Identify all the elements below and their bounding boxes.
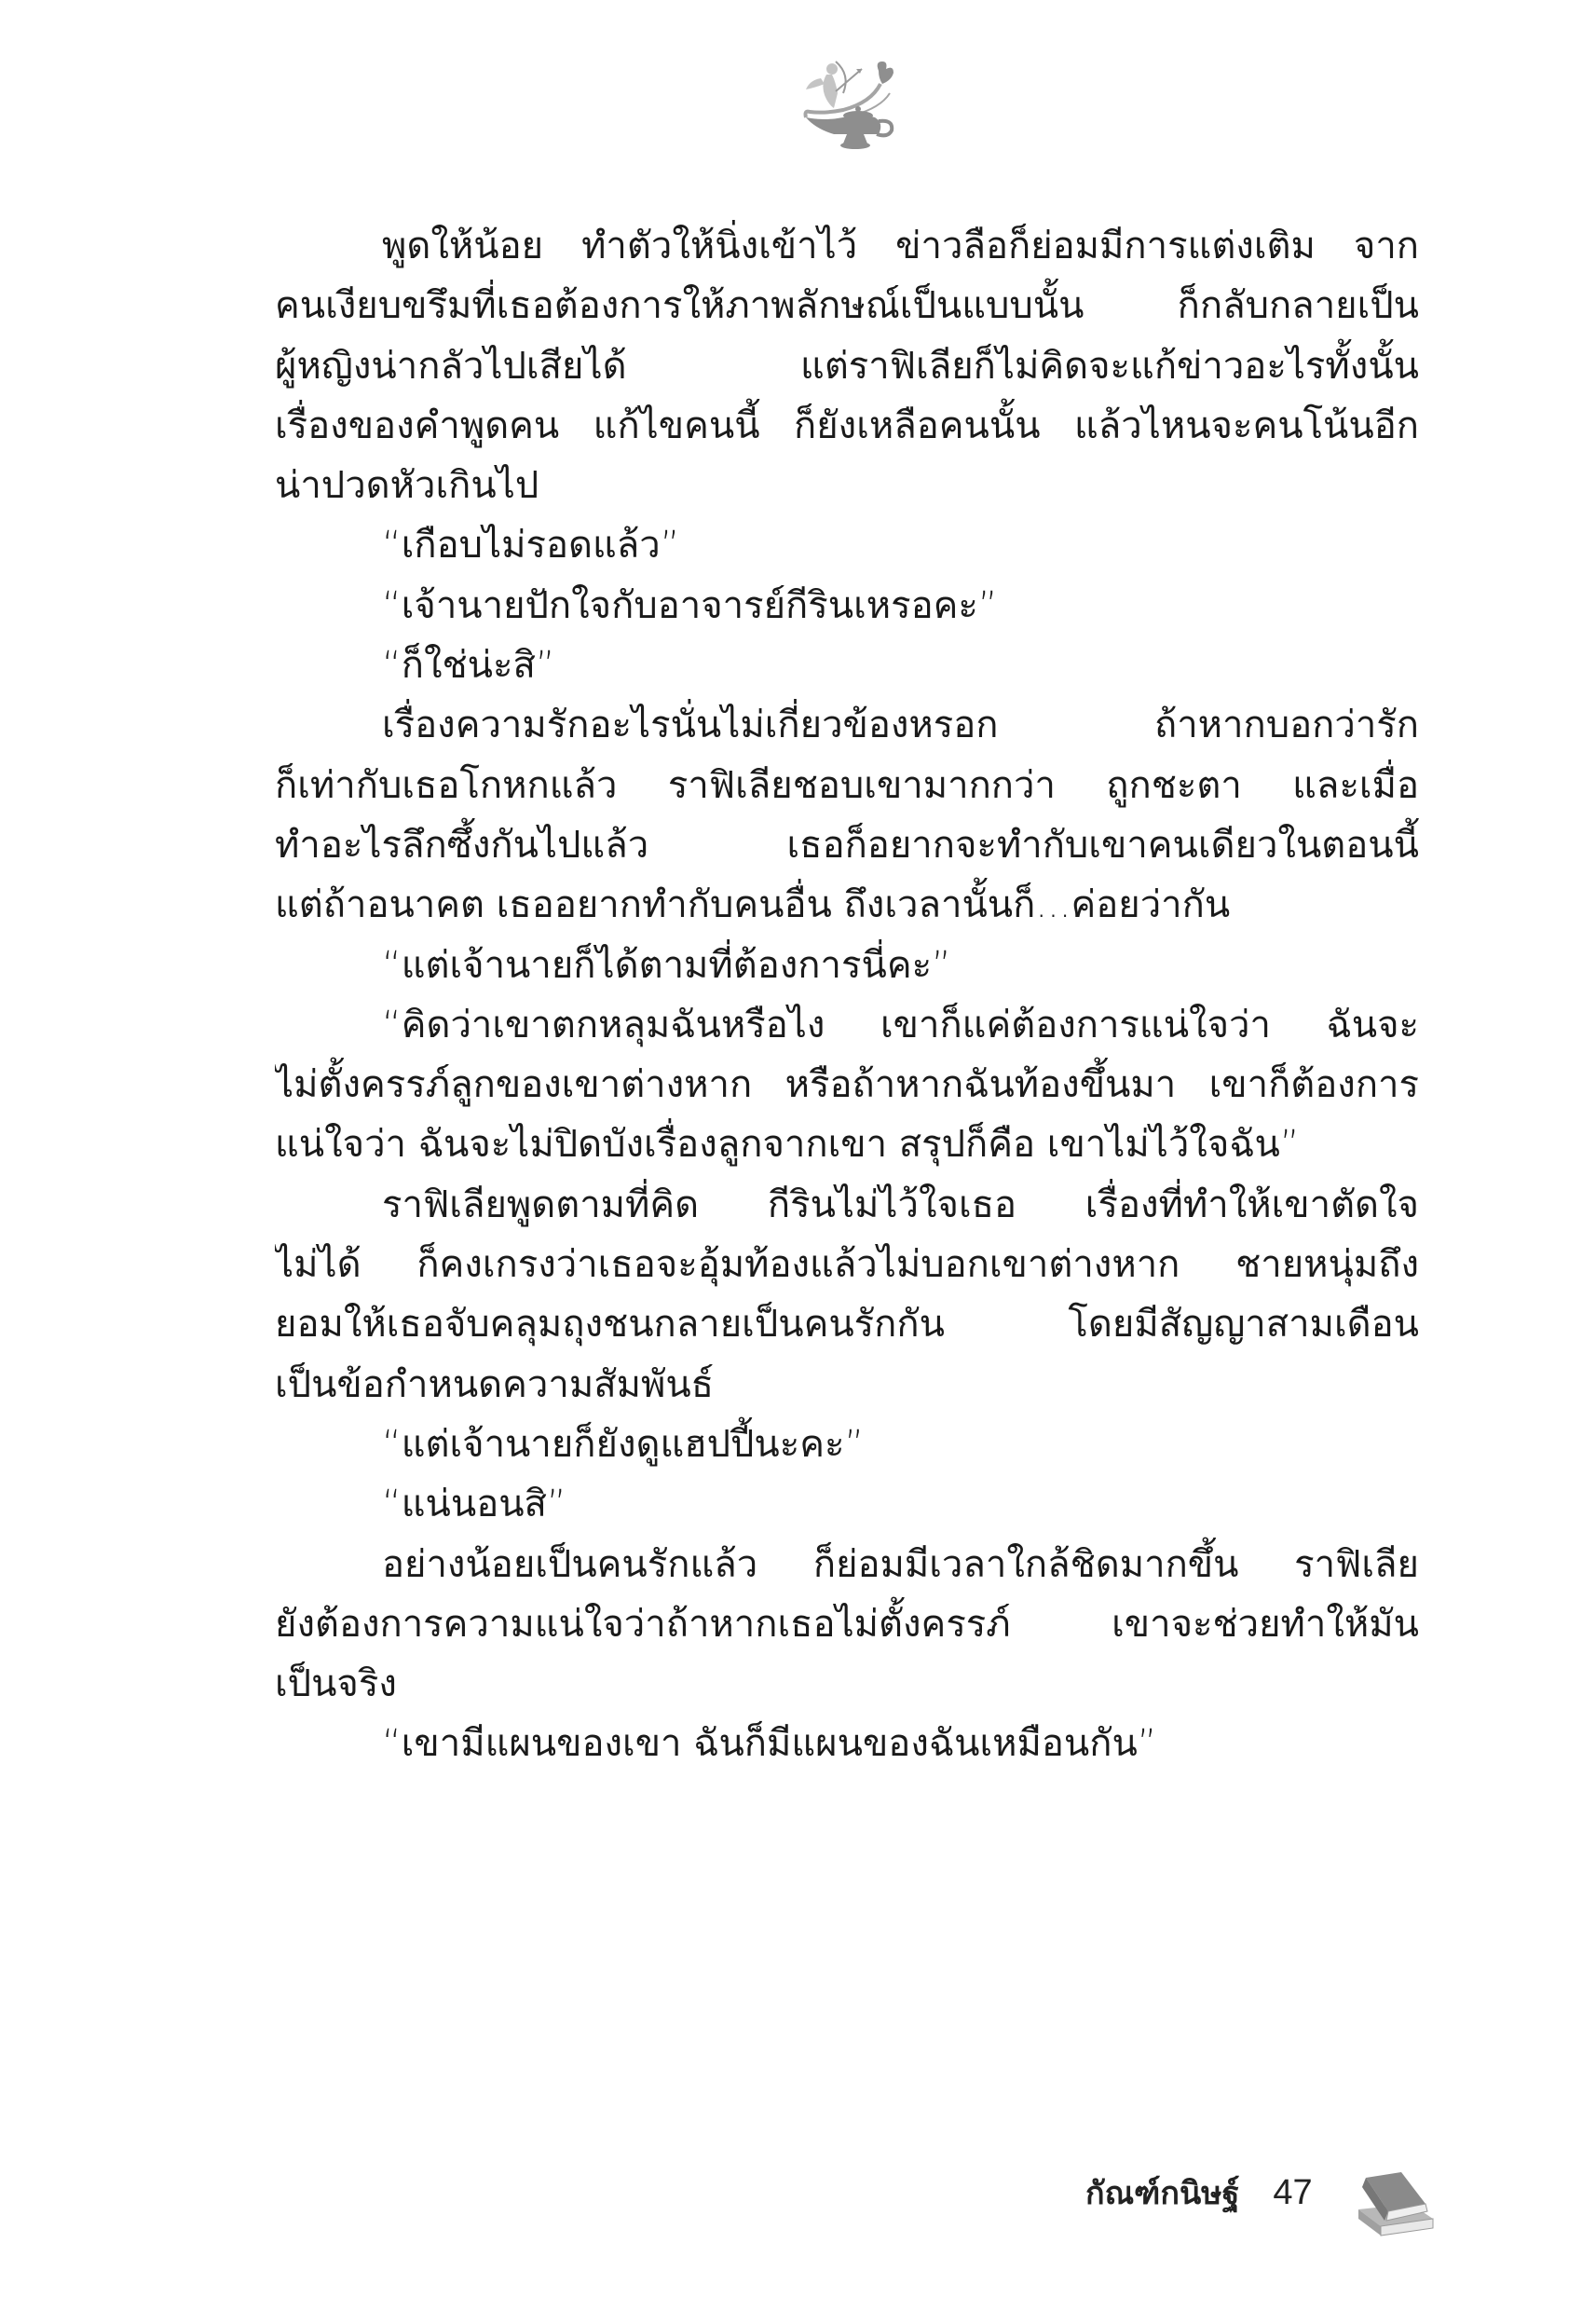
text-line: ไม่ได้ ก็คงเกรงว่าเธอจะอุ้มท้องแล้วไม่บอ… bbox=[275, 1235, 1419, 1294]
dialog-line: “เจ้านายปักใจกับอาจารย์กีรินเหรอคะ” bbox=[275, 576, 1419, 636]
page-number: 47 bbox=[1273, 2173, 1312, 2213]
text-line: คนเงียบขรึมที่เธอต้องการให้ภาพลักษณ์เป็น… bbox=[275, 276, 1419, 335]
text-line: น่าปวดหัวเกินไป bbox=[275, 456, 1419, 515]
dialog-line: “แต่เจ้านายก็ยังดูแฮปปี้นะคะ” bbox=[275, 1415, 1419, 1474]
text-line: ทำอะไรลึกซึ้งกันไปแล้ว เธอก็อยากจะทำกับเ… bbox=[275, 815, 1419, 875]
text-line: แน่ใจว่า ฉันจะไม่ปิดบังเรื่องลูกจากเขา ส… bbox=[275, 1114, 1419, 1174]
text-line: เป็นข้อกำหนดความสัมพันธ์ bbox=[275, 1355, 1419, 1415]
text-line: อย่างน้อยเป็นคนรักแล้ว ก็ย่อมมีเวลาใกล้ช… bbox=[275, 1535, 1419, 1594]
page-footer: กัณฑ์กนิษฐ์ 47 bbox=[1085, 2160, 1313, 2225]
text-line: เรื่องของคำพูดคน แก้ไขคนนี้ ก็ยังเหลือคน… bbox=[275, 396, 1419, 456]
dialog-line: “ก็ใช่น่ะสิ” bbox=[275, 636, 1419, 695]
text-line: เรื่องความรักอะไรนั่นไม่เกี่ยวข้องหรอก ถ… bbox=[275, 695, 1419, 755]
stacked-books-icon bbox=[1353, 2167, 1437, 2241]
book-title: กัณฑ์กนิษฐ์ bbox=[1085, 2167, 1239, 2218]
text-line: ไม่ตั้งครรภ์ลูกของเขาต่างหาก หรือถ้าหากฉ… bbox=[275, 1055, 1419, 1114]
dialog-line: “เขามีแผนของเขา ฉันก็มีแผนของฉันเหมือนกั… bbox=[275, 1714, 1419, 1773]
text-line: “คิดว่าเขาตกหลุมฉันหรือไง เขาก็แค่ต้องกา… bbox=[275, 995, 1419, 1055]
body-text: พูดให้น้อย ทำตัวให้นิ่งเข้าไว้ ข่าวลือก็… bbox=[275, 216, 1419, 1774]
text-line: ก็เท่ากับเธอโกหกแล้ว ราฟิเลียชอบเขามากกว… bbox=[275, 756, 1419, 815]
dialog-line: “แน่นอนสิ” bbox=[275, 1474, 1419, 1534]
text-line: พูดให้น้อย ทำตัวให้นิ่งเข้าไว้ ข่าวลือก็… bbox=[275, 216, 1419, 276]
cupid-teapot-lamp-icon bbox=[778, 56, 908, 158]
text-line: แต่ถ้าอนาคต เธออยากทำกับคนอื่น ถึงเวลานั… bbox=[275, 875, 1419, 935]
text-line: ผู้หญิงน่ากลัวไปเสียได้ แต่ราฟิเลียก็ไม่… bbox=[275, 336, 1419, 396]
dialog-line: “แต่เจ้านายก็ได้ตามที่ต้องการนี่คะ” bbox=[275, 936, 1419, 995]
text-line: ยอมให้เธอจับคลุมถุงชนกลายเป็นคนรักกัน โด… bbox=[275, 1294, 1419, 1354]
dialog-line: “เกือบไม่รอดแล้ว” bbox=[275, 515, 1419, 575]
text-line: เป็นจริง bbox=[275, 1654, 1419, 1714]
text-line: ราฟิเลียพูดตามที่คิด กีรินไม่ไว้ใจเธอ เร… bbox=[275, 1175, 1419, 1235]
text-line: ยังต้องการความแน่ใจว่าถ้าหากเธอไม่ตั้งคร… bbox=[275, 1594, 1419, 1654]
